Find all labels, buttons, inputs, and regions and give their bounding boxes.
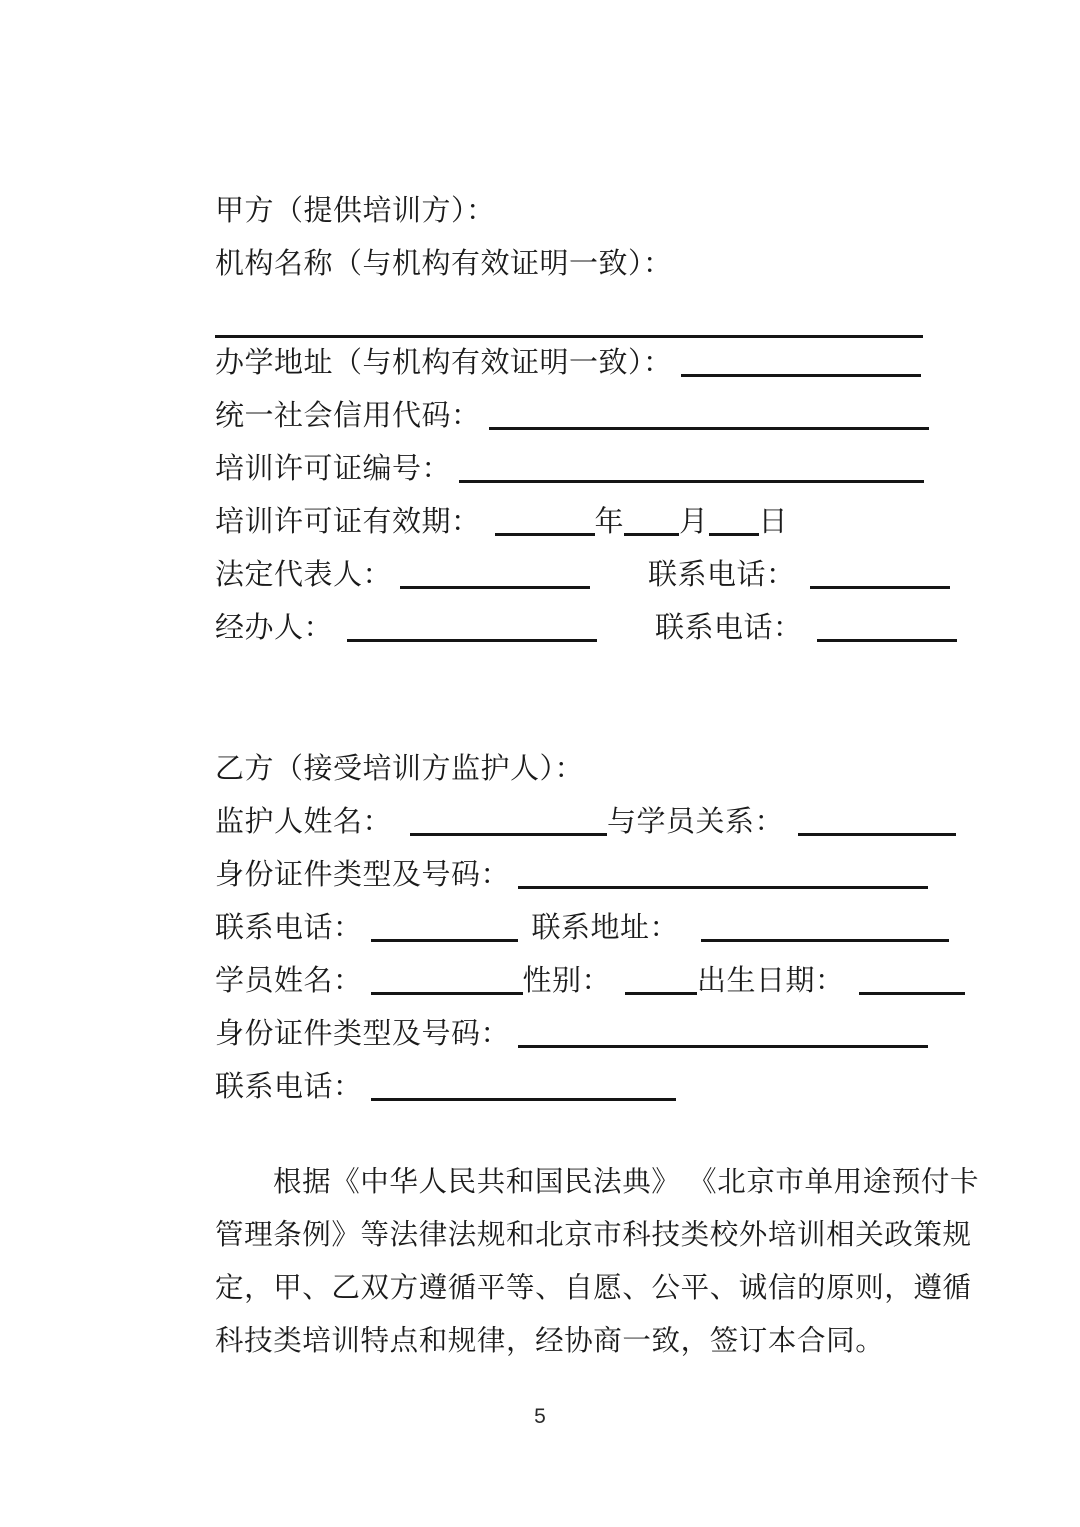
student-id-blank-line	[518, 1015, 928, 1048]
legal-rep-row: 法定代表人：联系电话：	[215, 549, 935, 602]
relation-blank-line	[798, 803, 956, 836]
party-a-heading-text: 甲方（提供培训方）：	[215, 195, 496, 227]
guardian-phone-label: 联系电话：	[215, 912, 363, 944]
license-no-blank-line	[459, 450, 924, 483]
party-b-heading: 乙方（接受培训方监护人）：	[215, 743, 935, 796]
address-row: 办学地址（与机构有效证明一致）：	[215, 337, 935, 390]
guardian-phone-blank-line	[371, 909, 518, 942]
address-label: 办学地址（与机构有效证明一致）：	[215, 347, 673, 379]
validity-day-blank-line	[709, 503, 759, 536]
preamble-line-1: 根据《中华人民共和国民法典》 《北京市单用途预付卡	[215, 1156, 935, 1209]
preamble-paragraph: 根据《中华人民共和国民法典》 《北京市单用途预付卡 管理条例》等法律法规和北京市…	[215, 1156, 935, 1368]
student-id-row: 身份证件类型及号码：	[215, 1008, 935, 1061]
guardian-name-label: 监护人姓名：	[215, 806, 392, 838]
license-no-label: 培训许可证编号：	[215, 453, 451, 485]
party-b-heading-text: 乙方（接受培训方监护人）：	[215, 753, 584, 785]
birth-date-blank-line	[859, 962, 965, 995]
top-margin	[215, 0, 935, 185]
credit-code-blank-line	[489, 397, 929, 430]
student-id-label: 身份证件类型及号码：	[215, 1018, 510, 1050]
student-name-label: 学员姓名：	[215, 965, 363, 997]
gender-label: 性别：	[523, 965, 612, 997]
org-name-blank-line	[215, 305, 923, 338]
validity-year-blank-line	[495, 503, 595, 536]
preamble-line-3: 定，甲、乙双方遵循平等、自愿、公平、诚信的原则，遵循	[215, 1262, 935, 1315]
contact-address-blank-line	[701, 909, 949, 942]
validity-month-blank-line	[624, 503, 679, 536]
license-validity-label: 培训许可证有效期：	[215, 506, 481, 538]
preamble-line-2: 管理条例》等法律法规和北京市科技类校外培训相关政策规	[215, 1209, 935, 1262]
paragraph-gap	[215, 1114, 935, 1156]
handler-phone-label: 联系电话：	[655, 612, 803, 644]
legal-rep-label: 法定代表人：	[215, 559, 392, 591]
section-gap	[215, 655, 935, 743]
handler-phone-blank-line	[817, 609, 957, 642]
preamble-line-4: 科技类培训特点和规律，经协商一致，签订本合同。	[215, 1315, 935, 1368]
license-validity-row: 培训许可证有效期：年月日	[215, 496, 935, 549]
student-name-blank-line	[371, 962, 523, 995]
party-a-heading: 甲方（提供培训方）：	[215, 185, 935, 238]
student-phone-row: 联系电话：	[215, 1061, 935, 1114]
student-name-row: 学员姓名：性别：出生日期：	[215, 955, 935, 1008]
legal-rep-phone-blank-line	[810, 556, 950, 589]
month-label: 月	[679, 506, 709, 538]
handler-label: 经办人：	[215, 612, 333, 644]
year-label: 年	[595, 506, 625, 538]
day-label: 日	[759, 506, 789, 538]
relation-label: 与学员关系：	[607, 806, 784, 838]
org-name-blank-row	[215, 291, 935, 337]
credit-code-row: 统一社会信用代码：	[215, 390, 935, 443]
gender-blank-line	[625, 962, 697, 995]
student-phone-label: 联系电话：	[215, 1071, 363, 1103]
legal-rep-phone-label: 联系电话：	[648, 559, 796, 591]
license-no-row: 培训许可证编号：	[215, 443, 935, 496]
birth-date-label: 出生日期：	[697, 965, 845, 997]
guardian-id-row: 身份证件类型及号码：	[215, 849, 935, 902]
contract-page-body: 甲方（提供培训方）： 机构名称（与机构有效证明一致）： 办学地址（与机构有效证明…	[215, 0, 935, 1368]
guardian-name-row: 监护人姓名：与学员关系：	[215, 796, 935, 849]
org-name-label: 机构名称（与机构有效证明一致）：	[215, 248, 673, 280]
legal-rep-blank-line	[400, 556, 590, 589]
student-phone-blank-line	[371, 1068, 676, 1101]
guardian-id-blank-line	[518, 856, 928, 889]
guardian-phone-row: 联系电话：联系地址：	[215, 902, 935, 955]
guardian-id-label: 身份证件类型及号码：	[215, 859, 510, 891]
contact-address-label: 联系地址：	[532, 912, 680, 944]
credit-code-label: 统一社会信用代码：	[215, 400, 481, 432]
handler-blank-line	[347, 609, 597, 642]
address-blank-line	[681, 344, 921, 377]
page-number: 5	[0, 1405, 1080, 1429]
handler-row: 经办人：联系电话：	[215, 602, 935, 655]
guardian-name-blank-line	[410, 803, 607, 836]
org-name-row: 机构名称（与机构有效证明一致）：	[215, 238, 935, 291]
